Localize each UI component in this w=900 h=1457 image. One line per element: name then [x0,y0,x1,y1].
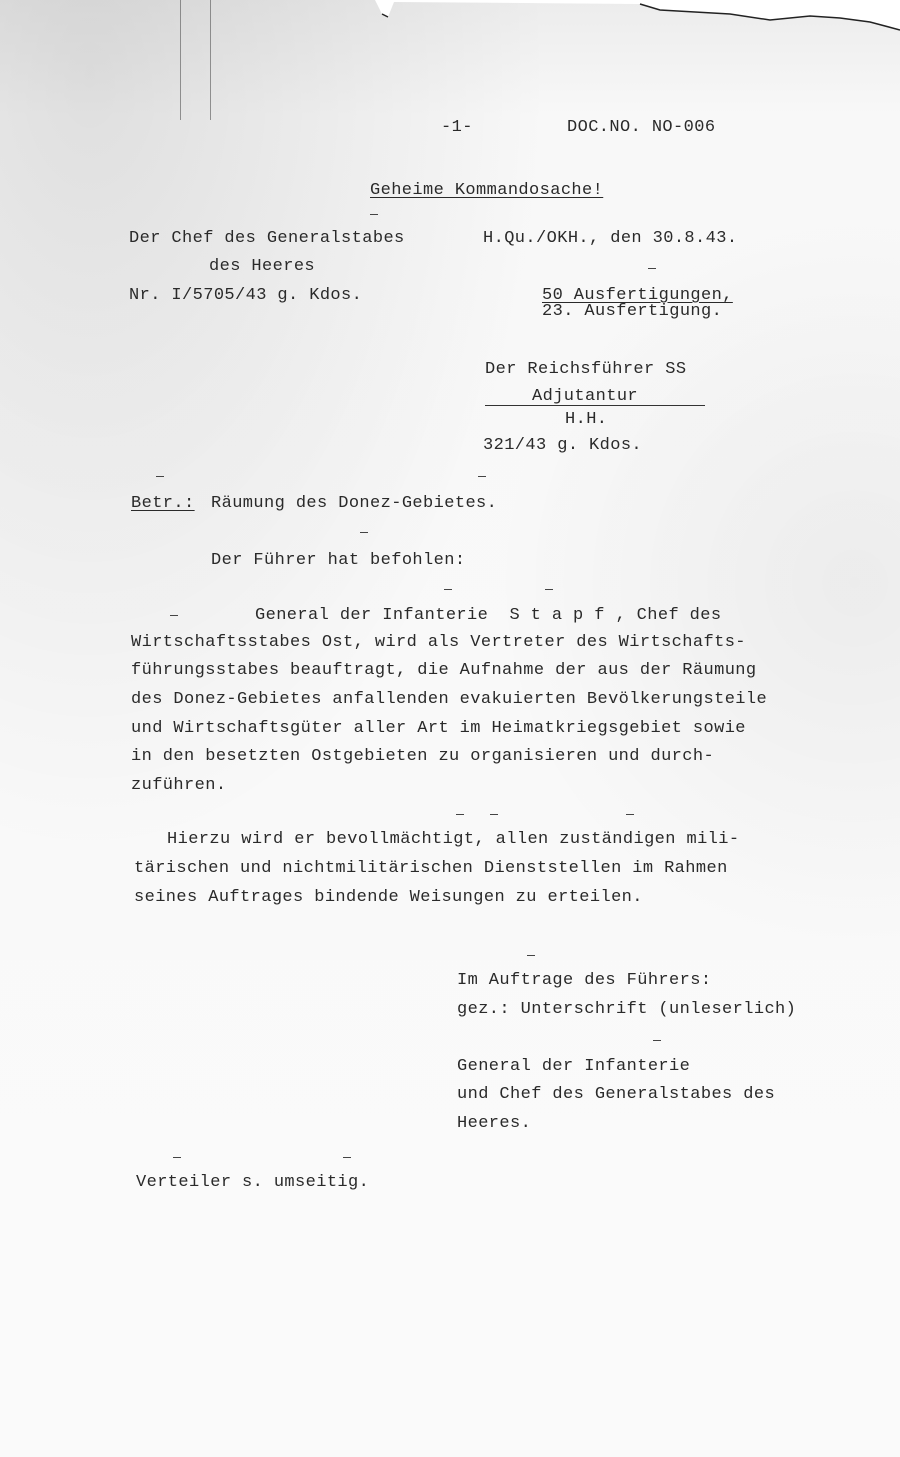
typewriter-mark [343,1157,351,1158]
sender-line-2: des Heeres [209,258,315,275]
torn-paper-edge [370,0,900,40]
typewriter-mark [444,589,452,590]
stamp-line-3: H.H. [565,411,607,428]
typewriter-mark [173,1157,181,1158]
stamp-line-4: 321/43 g. Kdos. [483,437,642,454]
typewriter-mark [156,476,164,477]
typewriter-mark [648,268,656,269]
stamp-line-1: Der Reichsführer SS [485,361,686,378]
typewriter-mark [170,615,178,616]
typewriter-mark [626,814,634,815]
typewriter-mark [653,1040,661,1041]
typewriter-mark [478,476,486,477]
typewriter-mark [490,814,498,815]
fold-line [210,0,211,120]
distribution-note: Verteiler s. umseitig. [136,1174,369,1191]
typewriter-mark [370,214,378,215]
document-number: DOC.NO. NO-006 [567,119,715,136]
stamp-line-2: Adjutantur [532,388,638,405]
subject: Räumung des Donez-Gebietes. [211,495,497,512]
document-page: -1- DOC.NO. NO-006 Geheime Kommandosache… [0,0,900,1457]
classification-heading: Geheime Kommandosache! [370,182,603,199]
intro-line: Der Führer hat befohlen: [211,552,465,569]
sender-reference: Nr. I/5705/43 g. Kdos. [129,287,362,304]
subject-label: Betr.: [131,495,195,512]
page-number: -1- [441,119,473,136]
sender-line-1: Der Chef des Generalstabes [129,230,405,247]
typewriter-mark [527,955,535,956]
stamp-rule [485,405,705,406]
typewriter-mark [545,589,553,590]
fold-line [180,0,181,120]
place-date: H.Qu./OKH., den 30.8.43. [483,230,737,247]
typewriter-mark [360,532,368,533]
copy-number: 23. Ausfertigung. [542,303,722,320]
typewriter-mark [456,814,464,815]
